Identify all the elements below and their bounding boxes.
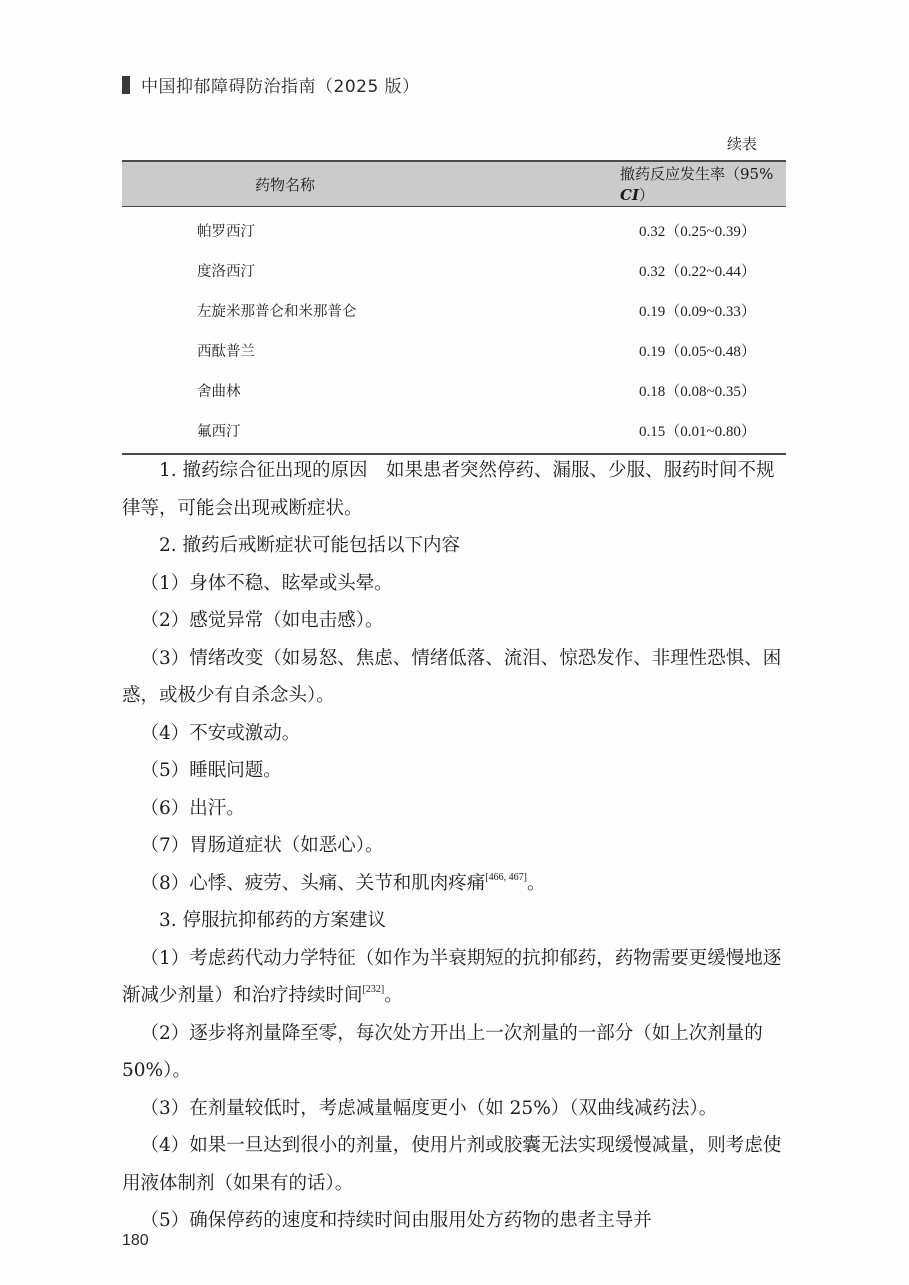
citation-ref: [232] [363, 984, 385, 995]
rate-cell: 0.19（0.09~0.33） [506, 290, 786, 330]
drug-name-cell: 舍曲林 [122, 370, 506, 410]
table-row: 左旋米那普仑和米那普仑 0.19（0.09~0.33） [122, 290, 786, 330]
symptom-item: （5）睡眠问题。 [122, 752, 786, 790]
symptom-item: （8）心悸、疲劳、头痛、关节和肌肉疼痛[466, 467]。 [122, 865, 786, 903]
table-row: 帕罗西汀 0.32（0.25~0.39） [122, 207, 786, 251]
recommendation-item: （3）在剂量较低时，考虑减量幅度更小（如 25%）（双曲线减药法）。 [122, 1090, 786, 1128]
recommendation-item: （4）如果一旦达到很小的剂量，使用片剂或胶囊无法实现缓慢减量，则考虑使用液体制剂… [122, 1127, 786, 1202]
rate-cell: 0.32（0.22~0.44） [506, 250, 786, 290]
recommendation-item: （1）考虑药代动力学特征（如作为半衰期短的抗抑郁药，药物需要更缓慢地逐渐减少剂量… [122, 940, 786, 1015]
recommendation-item: （2）逐步将剂量降至零，每次处方开出上一次剂量的一部分（如上次剂量的 50%）。 [122, 1015, 786, 1090]
drug-name-cell: 西酞普兰 [122, 330, 506, 370]
header-rate-suffix: ） [639, 186, 654, 204]
sentence-end: 。 [527, 873, 546, 894]
symptom-item: （1）身体不稳、眩晕或头晕。 [122, 565, 786, 603]
symptom-item: （6）出汗。 [122, 790, 786, 828]
paragraph-discontinuation-heading: 3. 停服抗抑郁药的方案建议 [122, 902, 786, 940]
drug-name-cell: 氟西汀 [122, 410, 506, 454]
rate-cell: 0.32（0.25~0.39） [506, 207, 786, 251]
header-withdrawal-rate: 撤药反应发生率（95% CI） [506, 161, 786, 207]
symptom-item: （3）情绪改变（如易怒、焦虑、情绪低落、流泪、惊恐发作、非理性恐惧、困惑，或极少… [122, 640, 786, 715]
running-head: 中国抑郁障碍防治指南（2025 版） [122, 72, 420, 97]
table-row: 西酞普兰 0.19（0.05~0.48） [122, 330, 786, 370]
table-continuation-label: 续表 [727, 133, 757, 154]
running-head-title: 中国抑郁障碍防治指南（2025 版） [141, 72, 420, 97]
drug-name-cell: 左旋米那普仑和米那普仑 [122, 290, 506, 330]
rate-cell: 0.15（0.01~0.80） [506, 410, 786, 454]
header-rate-prefix: 撤药反应发生率（95% [620, 165, 773, 183]
rate-cell: 0.18（0.08~0.35） [506, 370, 786, 410]
symptom-text: （8）心悸、疲劳、头痛、关节和肌肉疼痛 [141, 873, 486, 894]
paragraph-symptoms-heading: 2. 撤药后戒断症状可能包括以下内容 [122, 527, 786, 565]
symptom-item: （7）胃肠道症状（如恶心）。 [122, 827, 786, 865]
sentence-end: 。 [384, 985, 403, 1006]
paragraph-withdrawal-cause: 1. 撤药综合征出现的原因 如果患者突然停药、漏服、少服、服药时间不规律等，可能… [122, 452, 786, 527]
citation-ref: [466, 467] [485, 872, 527, 883]
table-row: 度洛西汀 0.32（0.22~0.44） [122, 250, 786, 290]
header-marker-icon [122, 76, 130, 94]
drug-name-cell: 度洛西汀 [122, 250, 506, 290]
table-row: 舍曲林 0.18（0.08~0.35） [122, 370, 786, 410]
body-text: 1. 撤药综合征出现的原因 如果患者突然停药、漏服、少服、服药时间不规律等，可能… [122, 452, 786, 1240]
table-row: 氟西汀 0.15（0.01~0.80） [122, 410, 786, 454]
withdrawal-rate-table: 药物名称 撤药反应发生率（95% CI） 帕罗西汀 0.32（0.25~0.39… [122, 160, 786, 455]
table-header-row: 药物名称 撤药反应发生率（95% CI） [122, 161, 786, 207]
drug-name-cell: 帕罗西汀 [122, 207, 506, 251]
recommendation-text: （1）考虑药代动力学特征（如作为半衰期短的抗抑郁药，药物需要更缓慢地逐渐减少剂量… [122, 948, 781, 1007]
header-rate-ci: CI [620, 186, 639, 204]
recommendation-item: （5）确保停药的速度和持续时间由服用处方药物的患者主导并 [122, 1202, 786, 1240]
symptom-item: （2）感觉异常（如电击感）。 [122, 602, 786, 640]
page-number: 180 [122, 1232, 149, 1250]
rate-cell: 0.19（0.05~0.48） [506, 330, 786, 370]
symptom-item: （4）不安或激动。 [122, 715, 786, 753]
header-drug-name: 药物名称 [122, 161, 506, 207]
